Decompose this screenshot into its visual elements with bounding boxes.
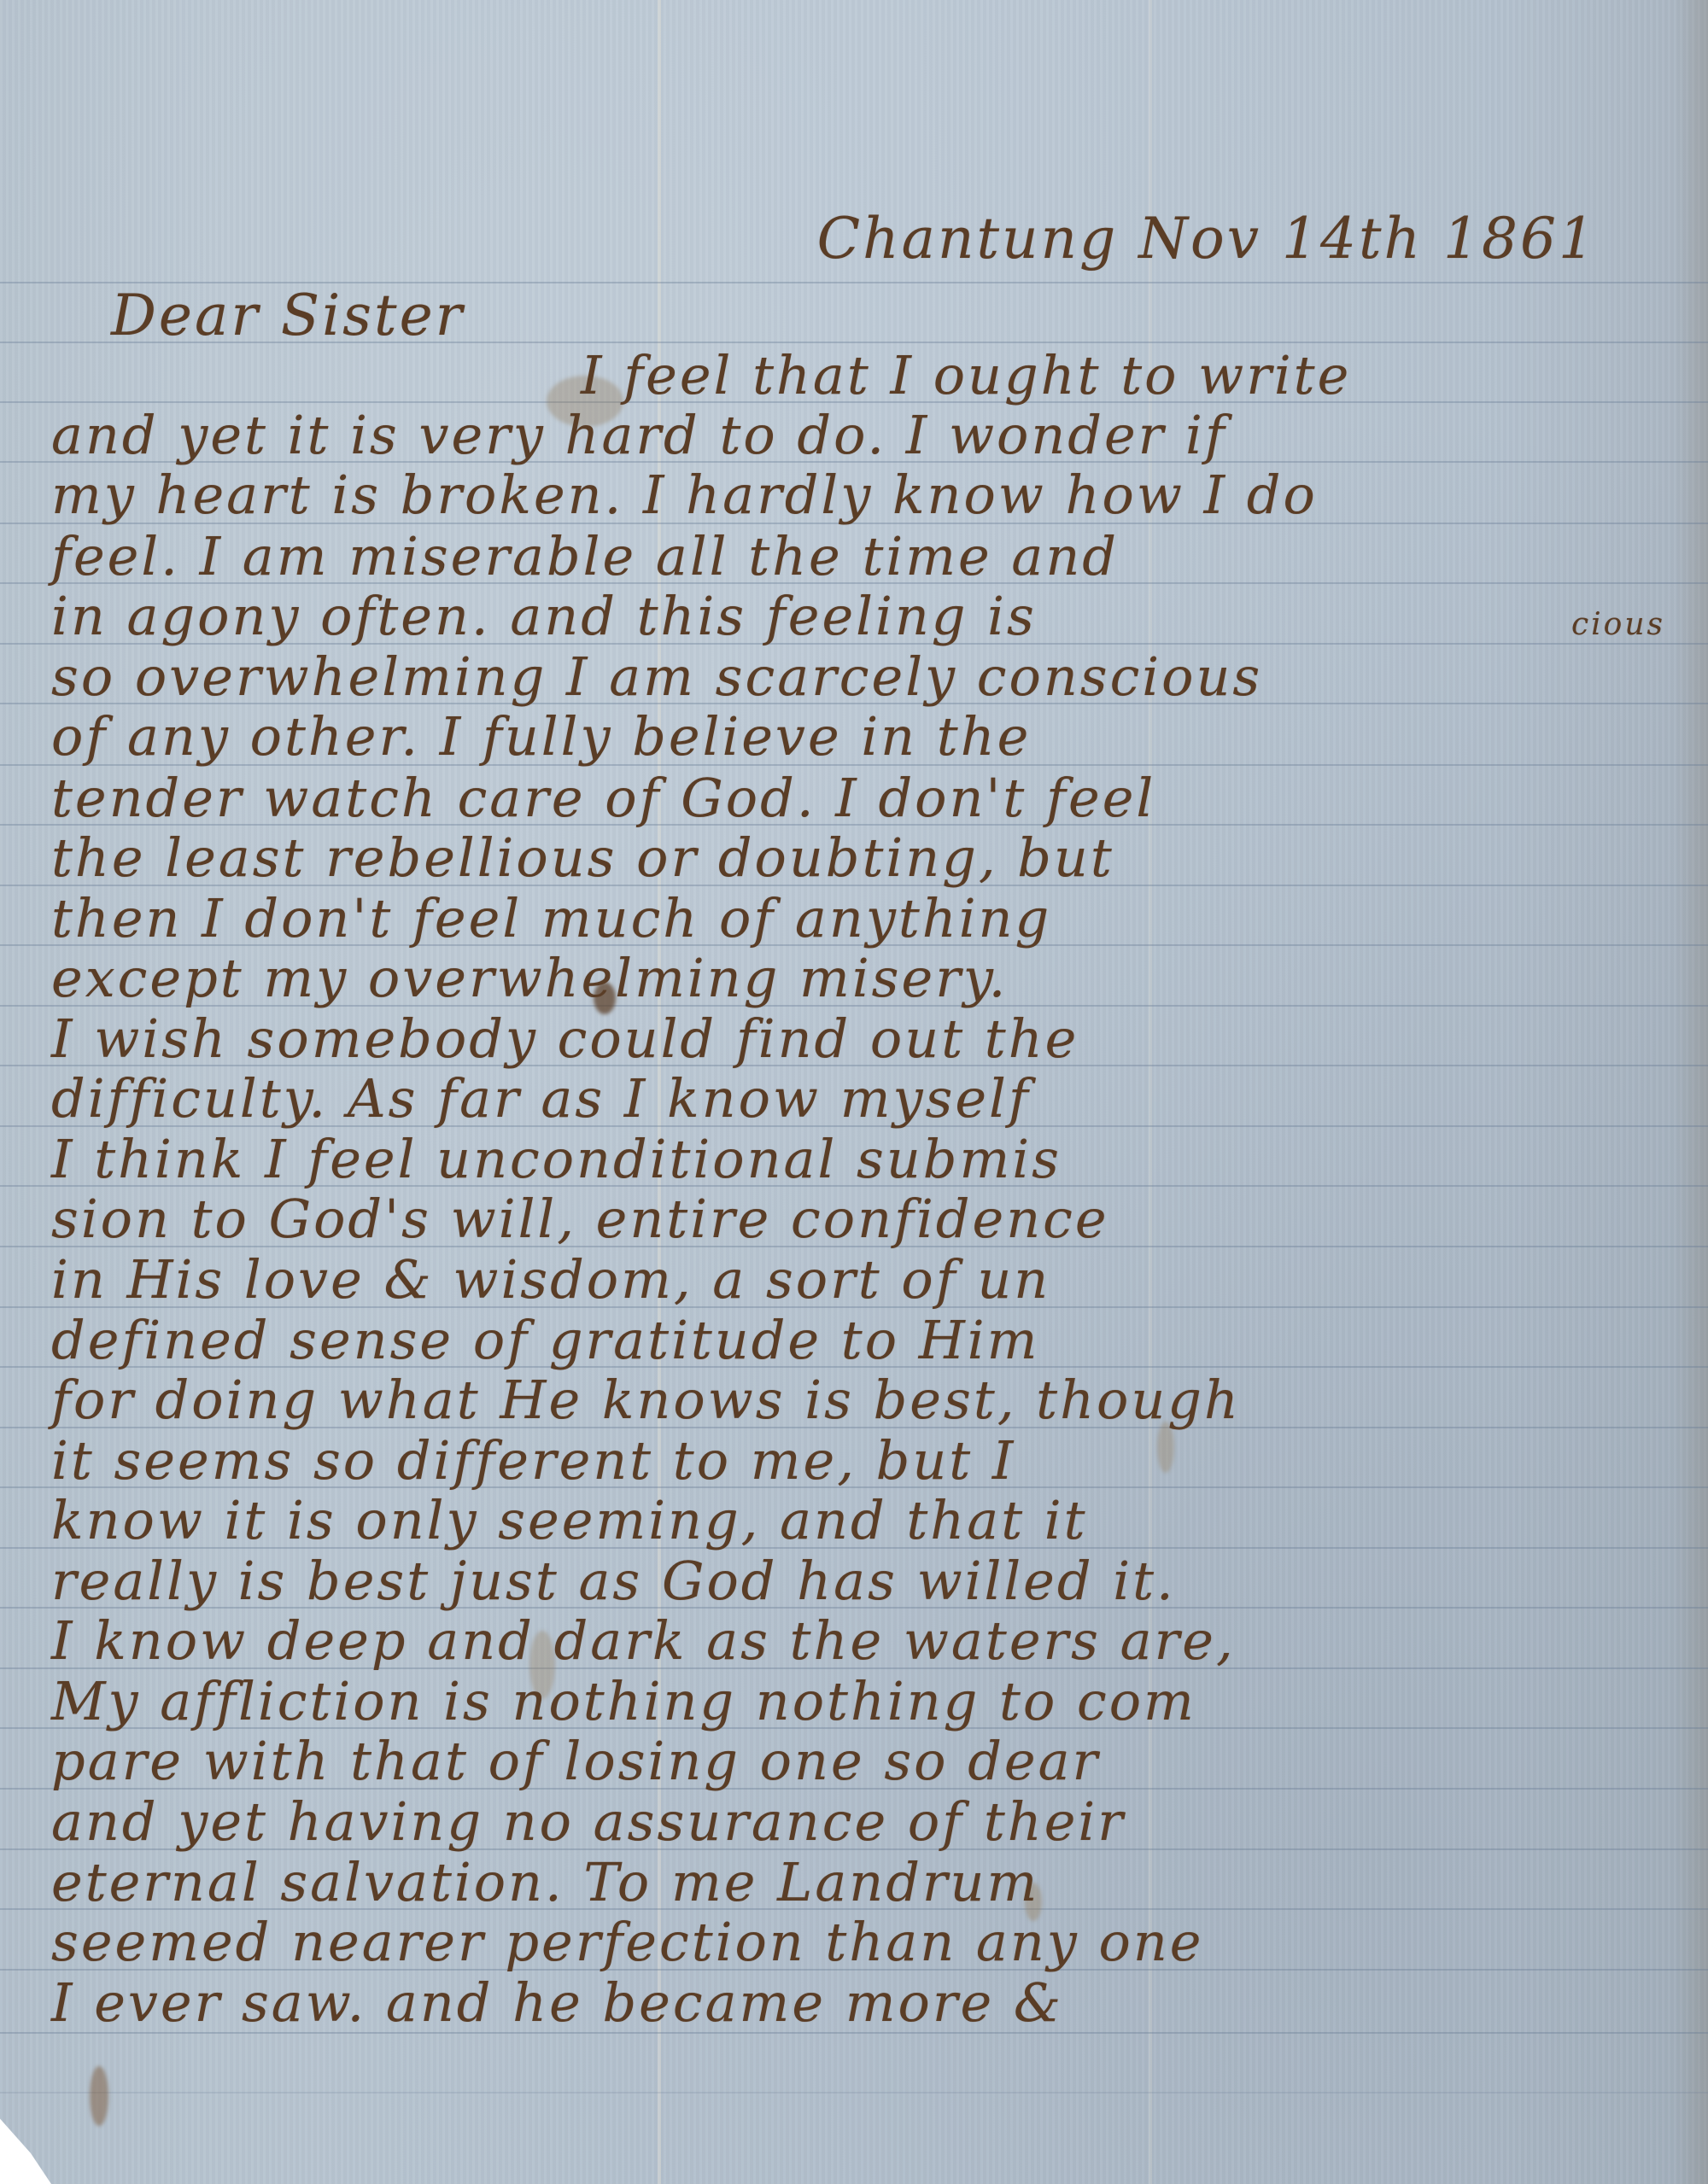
interlinear-correction: cious <box>1571 608 1674 642</box>
letter-line: so overwhelming I am scarcely conscious <box>51 647 1674 707</box>
letter-line: sion to God's will, entire confidence <box>51 1189 1674 1249</box>
letter-line: for doing what He knows is best, though <box>51 1370 1674 1430</box>
letter-line: pare with that of losing one so dear <box>51 1731 1674 1791</box>
letter-line: I wish somebody could find out the <box>51 1009 1674 1069</box>
letter-line: I ever saw. and he became more & <box>51 1973 1674 2033</box>
letter-line: of any other. I fully believe in the <box>51 707 1674 767</box>
torn-corner <box>0 2107 51 2184</box>
letter-line: know it is only seeming, and that it <box>51 1491 1674 1550</box>
letter-line: difficulty. As far as I know myself <box>51 1069 1674 1129</box>
place-date-heading: Chantung Nov 14th 1861 <box>817 209 1597 269</box>
letter-line: My affliction is nothing nothing to com <box>51 1672 1674 1731</box>
letter-line: I feel that I ought to write <box>581 346 1674 406</box>
letter-line: tender watch care of God. I don't feel <box>51 768 1674 828</box>
letter-line: my heart is broken. I hardly know how I … <box>51 465 1674 525</box>
letter-line: seemed nearer perfection than any one <box>51 1912 1674 1972</box>
letter-line: in agony often. and this feeling is <box>51 587 1674 646</box>
letter-line: and yet it is very hard to do. I wonder … <box>51 406 1674 465</box>
letter-line: I know deep and dark as the waters are, <box>51 1611 1674 1671</box>
letter-line: really is best just as God has willed it… <box>51 1551 1674 1611</box>
ruled-line <box>0 2092 1708 2093</box>
paper-edge-shadow <box>1674 0 1708 2184</box>
letter-line: defined sense of gratitude to Him <box>51 1311 1674 1370</box>
letter-line: feel. I am miserable all the time and <box>51 527 1674 587</box>
salutation: Dear Sister <box>111 286 1674 346</box>
letter-line: it seems so different to me, but I <box>51 1431 1674 1491</box>
letter-page: Chantung Nov 14th 1861 Dear Sister I fee… <box>0 0 1708 2184</box>
letter-line: then I don't feel much of anything <box>51 889 1674 949</box>
water-stain <box>90 2066 108 2126</box>
letter-line: in His love & wisdom, a sort of un <box>51 1250 1674 1310</box>
letter-line: eternal salvation. To me Landrum <box>51 1853 1674 1912</box>
letter-line: and yet having no assurance of their <box>51 1792 1674 1852</box>
letter-line: the least rebellious or doubting, but <box>51 828 1674 888</box>
letter-line: except my overwhelming misery. <box>51 949 1674 1008</box>
letter-line: I think I feel unconditional submis <box>51 1130 1674 1189</box>
